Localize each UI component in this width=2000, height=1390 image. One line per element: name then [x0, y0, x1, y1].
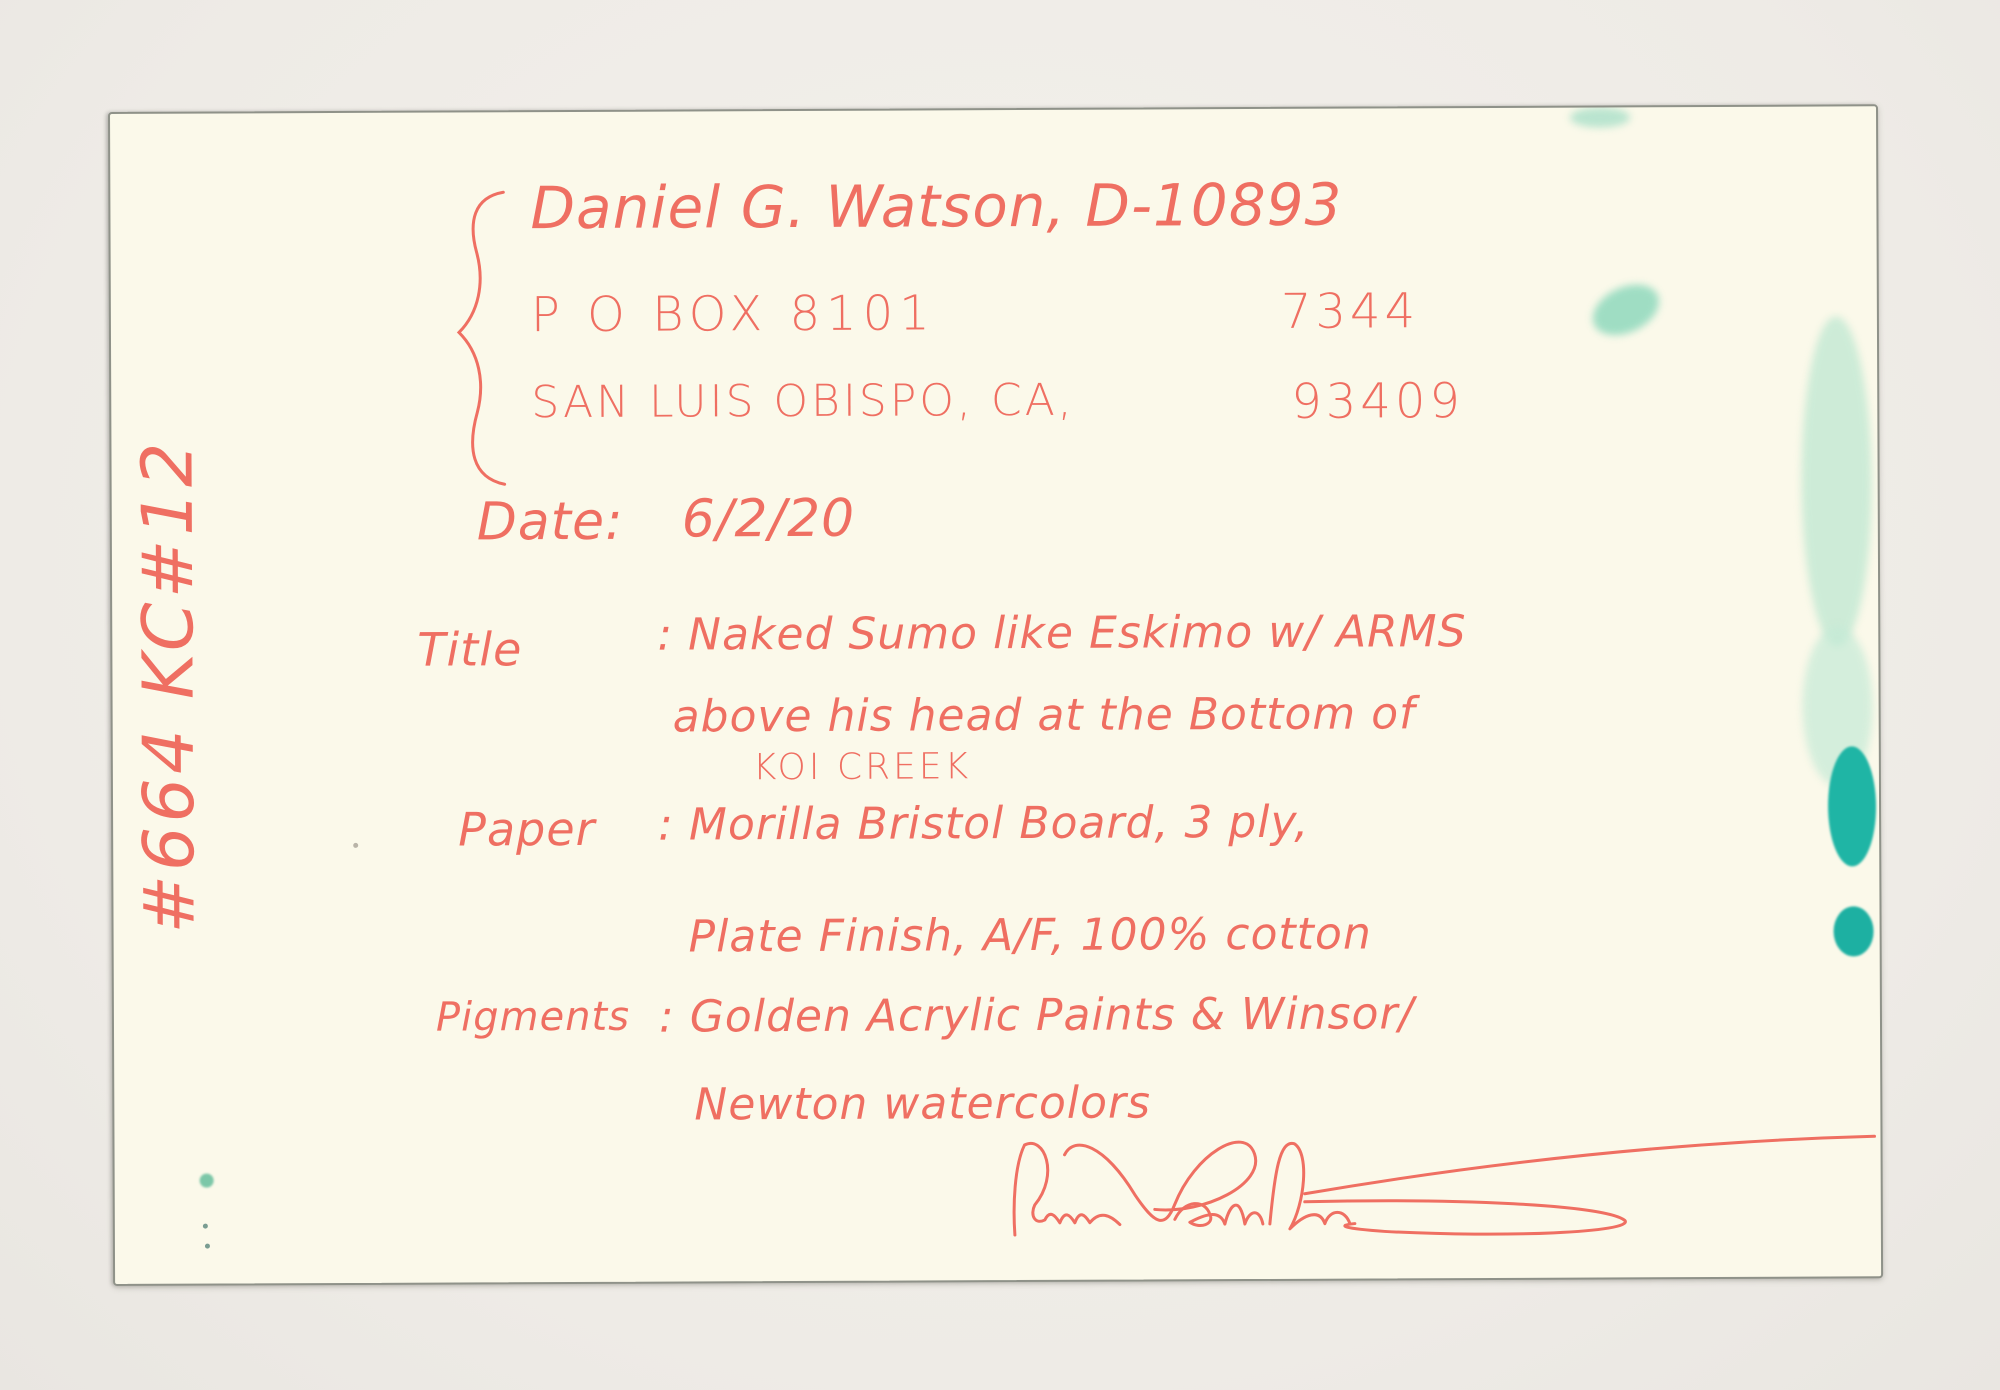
title-label: Title: [417, 622, 522, 676]
pigments-line: : Golden Acrylic Paints & Winsor/: [659, 988, 1415, 1042]
title-line: above his head at the Bottom of: [673, 688, 1416, 742]
paint-speck: [203, 1224, 208, 1229]
address-zip: 93409: [1291, 373, 1464, 430]
date-label: Date:: [477, 492, 624, 553]
paper-label: Paper: [458, 802, 596, 857]
title-line: KOI CREEK: [753, 746, 971, 788]
paint-speck: [353, 843, 358, 848]
paint-speck: [205, 1244, 210, 1249]
signature-icon: [1004, 1111, 1883, 1255]
green-paint-speck: [200, 1174, 214, 1188]
address-line-1-suffix: 7344: [1281, 283, 1419, 340]
address-line-2: SAN LUIS OBISPO, CA,: [531, 375, 1075, 428]
green-paint-stain: [1570, 107, 1630, 127]
title-line: : Naked Sumo like Eskimo w/ ARMS: [657, 606, 1467, 661]
green-paint-stain: [1585, 275, 1668, 346]
label-card: Daniel G. Watson, D-10893 P O BOX 8101 7…: [108, 104, 1883, 1286]
side-annotation: #664 KC#12: [126, 438, 210, 933]
address-line-1: P O BOX 8101: [531, 285, 936, 343]
curly-brace-icon: [448, 182, 509, 492]
teal-paint-drop: [1828, 746, 1877, 866]
paper-line: Plate Finish, A/F, 100% cotton: [688, 908, 1371, 962]
date-value: 6/2/20: [682, 489, 856, 550]
artist-name-line: Daniel G. Watson, D-10893: [530, 171, 1342, 243]
pigments-label: Pigments: [436, 994, 630, 1041]
green-paint-stain: [1801, 316, 1872, 646]
teal-paint-drop: [1833, 906, 1873, 956]
paper-line: : Morilla Bristol Board, 3 ply,: [658, 797, 1309, 851]
